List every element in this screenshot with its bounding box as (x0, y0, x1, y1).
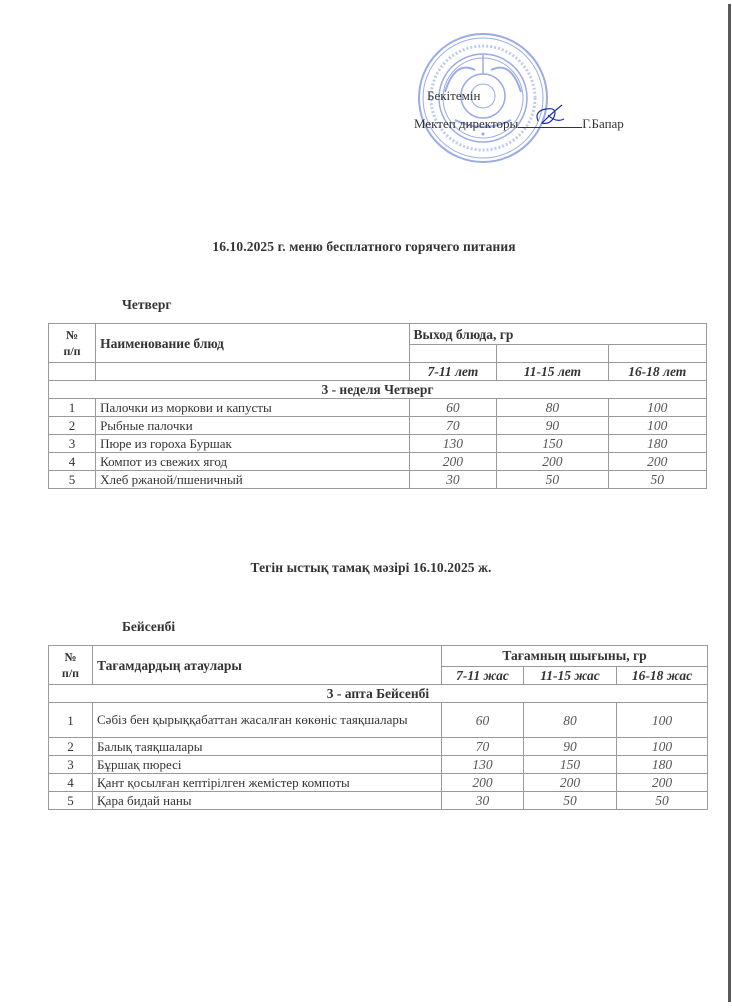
portion-value: 200 (608, 453, 706, 471)
row-number: 3 (49, 435, 96, 453)
portion-value: 70 (442, 738, 524, 756)
portion-output-header: Тағамның шығыны, гр (442, 646, 708, 667)
portion-value: 80 (497, 399, 608, 417)
russian-day-label: Четверг (122, 297, 171, 313)
signature-field (518, 117, 582, 128)
portion-value: 90 (497, 417, 608, 435)
director-signature-line: Мектеп директорыГ.Бапар (414, 116, 624, 132)
number-header: № п/п (49, 646, 93, 685)
portion-value: 200 (442, 774, 524, 792)
russian-menu-title: 16.10.2025 г. меню бесплатного горячего … (0, 239, 730, 255)
kazakh-menu-title: Тегін ыстық тамақ мәзірі 16.10.2025 ж. (5, 560, 732, 576)
portion-value: 100 (608, 399, 706, 417)
age-group-header: 16-18 жас (617, 666, 708, 684)
dish-name-header: Тағамдардың атаулары (93, 646, 442, 685)
table-row: 4Компот из свежих ягод200200200 (49, 453, 707, 471)
director-position: Мектеп директоры (414, 116, 518, 131)
approval-label: Бекітемін (427, 88, 480, 104)
table-row: 4Қант қосылған кептірілген жемістер комп… (49, 774, 708, 792)
row-number: 2 (49, 738, 93, 756)
table-row: 2Балық таяқшалары7090100 (49, 738, 708, 756)
dish-name: Қант қосылған кептірілген жемістер компо… (93, 774, 442, 792)
portion-value: 60 (442, 703, 524, 738)
dish-name: Палочки из моркови и капусты (96, 399, 409, 417)
portion-value: 150 (497, 435, 608, 453)
dish-name: Компот из свежих ягод (96, 453, 409, 471)
table-header-row: № п/п Наименование блюд Выход блюда, гр (49, 324, 707, 345)
portion-value: 50 (497, 471, 608, 489)
portion-value: 200 (617, 774, 708, 792)
portion-value: 150 (524, 756, 617, 774)
week-row: 3 - неделя Четверг (49, 381, 707, 399)
portion-output-header: Выход блюда, гр (409, 324, 706, 345)
portion-value: 50 (608, 471, 706, 489)
table-header-row: № п/п Тағамдардың атаулары Тағамның шығы… (49, 646, 708, 667)
age-group-header: 11-15 жас (524, 666, 617, 684)
table-row: 3Пюре из гороха Буршак130150180 (49, 435, 707, 453)
director-name: Г.Бапар (582, 116, 624, 131)
portion-value: 50 (617, 792, 708, 810)
portion-value: 200 (409, 453, 497, 471)
week-label: 3 - неделя Четверг (49, 381, 707, 399)
signature-icon (532, 103, 568, 129)
portion-value: 180 (608, 435, 706, 453)
dish-name: Бұршақ пюресі (93, 756, 442, 774)
dish-name: Пюре из гороха Буршак (96, 435, 409, 453)
row-number: 1 (49, 399, 96, 417)
portion-value: 100 (617, 738, 708, 756)
dish-name: Қара бидай наны (93, 792, 442, 810)
number-header: № п/п (49, 324, 96, 363)
portion-value: 30 (409, 471, 497, 489)
table-row: 5Қара бидай наны305050 (49, 792, 708, 810)
portion-value: 90 (524, 738, 617, 756)
table-row: 1Сәбіз бен қырыққабаттан жасалған көкөні… (49, 703, 708, 738)
age-group-header: 7-11 жас (442, 666, 524, 684)
row-number: 4 (49, 774, 93, 792)
dish-name: Сәбіз бен қырыққабаттан жасалған көкөніс… (93, 703, 442, 738)
table-row: 2Рыбные палочки7090100 (49, 417, 707, 435)
portion-value: 130 (409, 435, 497, 453)
dish-name: Балық таяқшалары (93, 738, 442, 756)
portion-value: 130 (442, 756, 524, 774)
portion-value: 100 (617, 703, 708, 738)
dish-name: Рыбные палочки (96, 417, 409, 435)
week-row: 3 - апта Бейсенбі (49, 685, 708, 703)
age-group-header: 16-18 лет (608, 363, 706, 381)
week-label: 3 - апта Бейсенбі (49, 685, 708, 703)
scan-edge (728, 4, 731, 1002)
row-number: 5 (49, 471, 96, 489)
age-group-row: 7-11 лет 11-15 лет 16-18 лет (49, 363, 707, 381)
russian-menu-table: № п/п Наименование блюд Выход блюда, гр … (48, 323, 707, 489)
age-group-header: 7-11 лет (409, 363, 497, 381)
portion-value: 30 (442, 792, 524, 810)
row-number: 3 (49, 756, 93, 774)
row-number: 5 (49, 792, 93, 810)
kazakh-menu-table: № п/п Тағамдардың атаулары Тағамның шығы… (48, 645, 708, 810)
dish-name: Хлеб ржаной/пшеничный (96, 471, 409, 489)
row-number: 2 (49, 417, 96, 435)
table-row: 5Хлеб ржаной/пшеничный305050 (49, 471, 707, 489)
portion-value: 80 (524, 703, 617, 738)
portion-value: 50 (524, 792, 617, 810)
dish-name-header: Наименование блюд (96, 324, 409, 363)
portion-value: 200 (497, 453, 608, 471)
table-row: 3Бұршақ пюресі130150180 (49, 756, 708, 774)
table-row: 1Палочки из моркови и капусты6080100 (49, 399, 707, 417)
row-number: 1 (49, 703, 93, 738)
age-group-header: 11-15 лет (497, 363, 608, 381)
portion-value: 60 (409, 399, 497, 417)
portion-value: 200 (524, 774, 617, 792)
portion-value: 180 (617, 756, 708, 774)
row-number: 4 (49, 453, 96, 471)
portion-value: 100 (608, 417, 706, 435)
kazakh-day-label: Бейсенбі (122, 619, 175, 635)
portion-value: 70 (409, 417, 497, 435)
